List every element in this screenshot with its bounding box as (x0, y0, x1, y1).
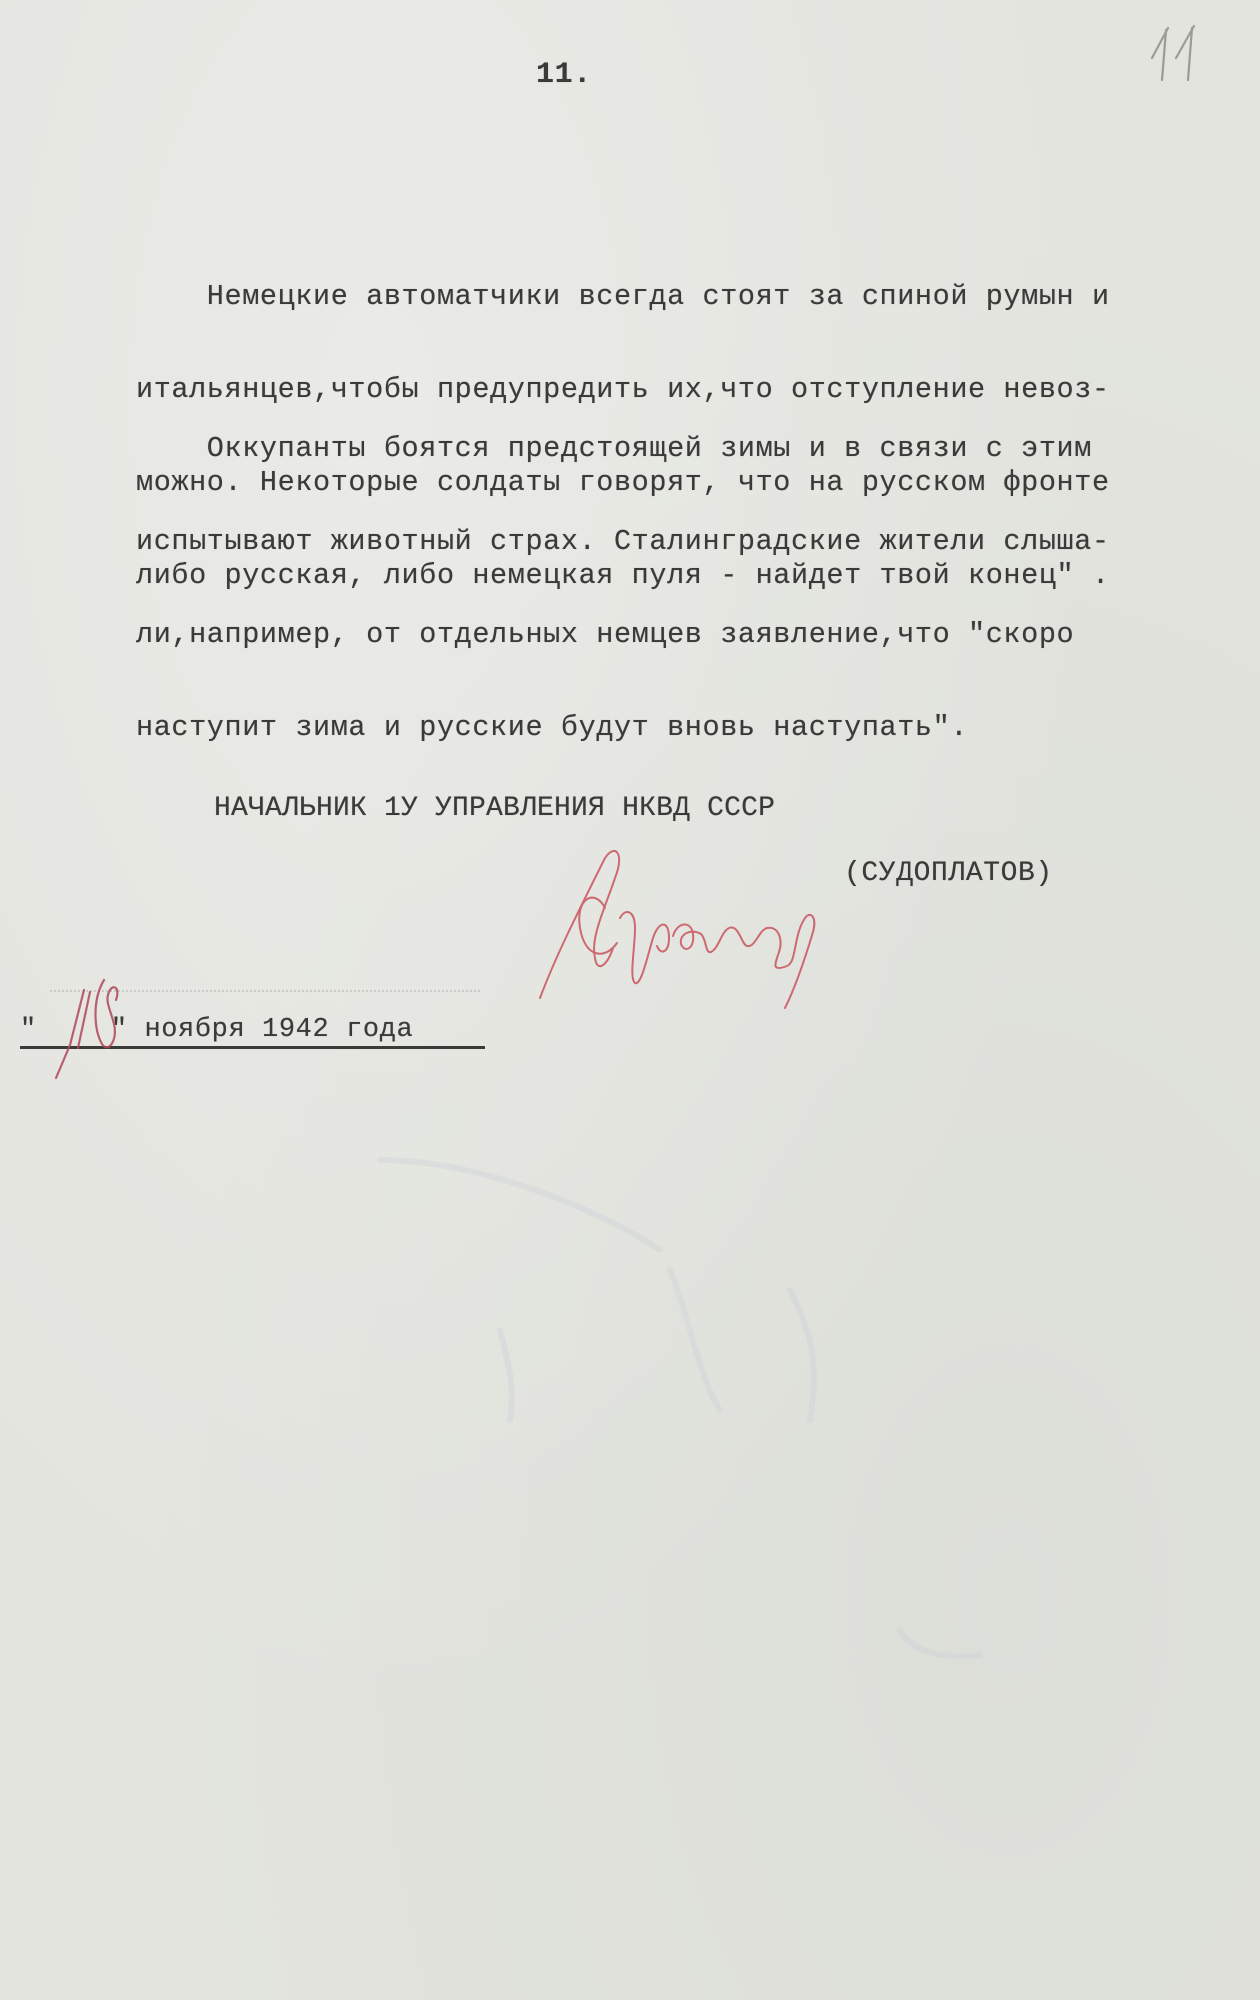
handwritten-signature (535, 848, 885, 1018)
archive-folio-handwritten (1142, 18, 1202, 88)
bleed-through-marks (340, 1120, 1100, 1680)
date-day-handwritten (48, 960, 138, 1080)
paragraph-line: испытывают животный страх. Сталинградски… (136, 526, 1196, 557)
paragraph-line: Оккупанты боятся предстоящей зимы и в св… (136, 433, 1196, 464)
paragraph-line: наступит зима и русские будут вновь наст… (136, 712, 1196, 743)
paragraph-line: ли,например, от отдельных немцев заявлен… (136, 619, 1196, 650)
body-paragraph-2: Оккупанты боятся предстоящей зимы и в св… (136, 371, 1196, 805)
document-page: 11. Немецкие автоматчики всегда стоят за… (0, 0, 1260, 2000)
paragraph-line: Немецкие автоматчики всегда стоят за спи… (136, 281, 1196, 312)
page-number: 11. (536, 58, 592, 92)
date-open-quote: " (20, 1015, 37, 1045)
signatory-title: НАЧАЛЬНИК 1У УПРАВЛЕНИЯ НКВД СССР (214, 793, 775, 824)
date-month-year: ноября 1942 года (144, 1015, 413, 1045)
